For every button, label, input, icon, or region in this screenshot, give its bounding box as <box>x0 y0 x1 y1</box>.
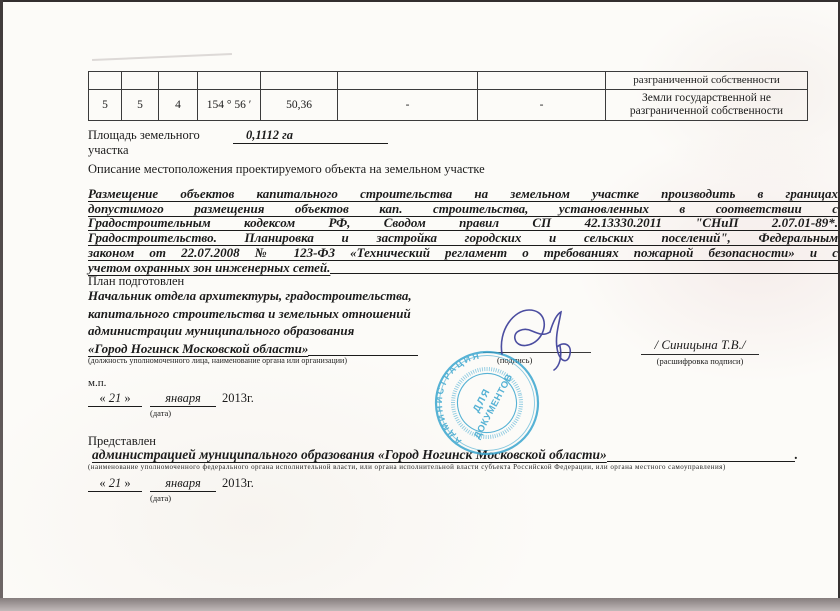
description-heading: Описание местоположения проектируемого о… <box>88 162 485 177</box>
table-cell <box>122 72 159 90</box>
handwritten-signature <box>494 302 598 372</box>
date-row: « 21 » января 2013г. <box>88 391 254 407</box>
open-quote: « <box>99 476 105 490</box>
regulation-paragraph: Размещение объектов капитального строите… <box>88 187 838 275</box>
official-title-line: администрации муниципального образования <box>88 322 468 340</box>
regulation-line: учетом охранных зон инженерных сетей. <box>88 261 838 276</box>
scanned-document-page: разграниченной собственности 5 5 4 154 °… <box>0 0 840 611</box>
table-row: разграниченной собственности <box>89 72 808 90</box>
table-cell: 5 <box>89 90 122 121</box>
regulation-line: Градостроительство. Планировка и застрой… <box>88 231 838 246</box>
regulation-line: Размещение объектов капитального строите… <box>88 187 838 202</box>
seal-place-abbr: м.п. <box>88 377 106 389</box>
close-quote: » <box>124 476 130 490</box>
table-cell: Земли государственной не разграниченной … <box>606 90 808 121</box>
table-cell <box>261 72 338 90</box>
date-year: 2013г. <box>222 476 254 491</box>
scan-edge-top <box>0 0 840 2</box>
regulation-line: Градостроительным кодексом РФ, Сводом пр… <box>88 216 838 231</box>
regulation-line: законом от 22.07.2008 № 123-ФЗ «Техничес… <box>88 246 838 261</box>
regulation-line-text: учетом охранных зон инженерных сетей. <box>88 261 330 276</box>
date-day-underline: « 21 » <box>88 391 142 407</box>
date-month: января <box>150 391 216 407</box>
scan-bottom-shadow <box>0 598 840 611</box>
official-title-line: капитального строительства и земельных о… <box>88 305 468 323</box>
open-quote: « <box>99 391 105 405</box>
transcript-caption: (расшифровка подписи) <box>641 356 759 366</box>
fill-in-rule <box>330 273 838 274</box>
table-cell <box>159 72 198 90</box>
land-area-row: Площадь земельного участка 0,1112 га <box>88 128 388 158</box>
coordinates-table: разграниченной собственности 5 5 4 154 °… <box>88 71 808 121</box>
land-area-label: Площадь земельного участка <box>88 128 226 158</box>
table-cell: 154 ° 56 ′ <box>198 90 261 121</box>
scan-edge-left <box>0 0 3 599</box>
land-area-value: 0,1112 га <box>246 128 293 142</box>
position-caption: (должность уполномоченного лица, наимено… <box>88 356 347 365</box>
transcript-block: / Синицына Т.В./ (расшифровка подписи) <box>641 337 759 366</box>
table-row: 5 5 4 154 ° 56 ′ 50,36 - - Земли государ… <box>89 90 808 121</box>
date-caption: (дата) <box>150 493 171 503</box>
table-cell: 5 <box>122 90 159 121</box>
presented-caption: (наименование уполномоченного федерально… <box>88 463 726 471</box>
stamp-ring-text: АДМИНИСТРАЦИЯ <box>423 350 501 450</box>
table-cell: разграниченной собственности <box>606 72 808 90</box>
table-cell: - <box>478 90 606 121</box>
table-cell <box>478 72 606 90</box>
date-year: 2013г. <box>222 391 254 406</box>
date-day: 21 <box>109 391 122 405</box>
fill-in-rule <box>607 461 795 462</box>
table-cell: 50,36 <box>261 90 338 121</box>
official-title-line: Начальник отдела архитектуры, градострои… <box>88 287 468 305</box>
date-caption: (дата) <box>150 408 171 418</box>
line-period: . <box>795 447 798 463</box>
official-title-block: Начальник отдела архитектуры, градострои… <box>88 287 468 357</box>
date-row: « 21 » января 2013г. <box>88 476 254 492</box>
date-day-underline: « 21 » <box>88 476 142 492</box>
close-quote: » <box>124 391 130 405</box>
svg-text:АДМИНИСТРАЦИЯ: АДМИНИСТРАЦИЯ <box>423 350 501 450</box>
regulation-line: допустимого размещения объектов кап. стр… <box>88 202 838 217</box>
date-day: 21 <box>109 476 122 490</box>
signature-transcript: / Синицына Т.В./ <box>641 337 759 355</box>
table-cell <box>198 72 261 90</box>
scan-smudge <box>92 53 232 61</box>
organization-name: «Город Ногинск Московской области» <box>88 340 308 358</box>
table-cell <box>338 72 478 90</box>
organization-row: «Город Ногинск Московской области» <box>88 340 418 358</box>
table-cell: 4 <box>159 90 198 121</box>
table-cell: - <box>338 90 478 121</box>
land-area-value-underline: 0,1112 га <box>233 128 388 144</box>
date-month: января <box>150 476 216 492</box>
table-cell <box>89 72 122 90</box>
